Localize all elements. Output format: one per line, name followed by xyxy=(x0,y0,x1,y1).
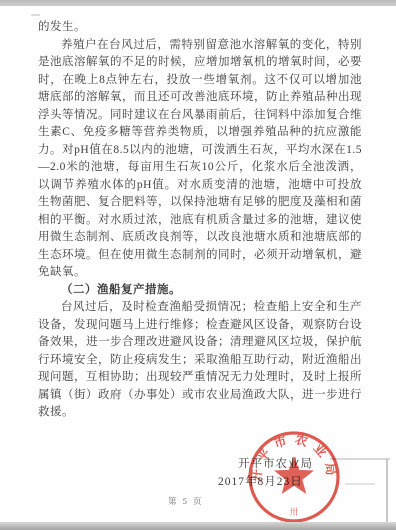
scan-artifact-vertical-line xyxy=(386,459,388,524)
paragraph-continuation: 的发生。 xyxy=(38,19,362,37)
document-body: 的发生。 养殖户在台风过后，需特别留意池水溶解氧的变化，特别是池底溶解氧的不足的… xyxy=(38,19,362,422)
official-seal-stamp: 开平市农业局 卅 xyxy=(247,430,341,524)
scan-edge-top xyxy=(0,0,396,6)
scan-edge-bottom xyxy=(0,522,396,530)
scan-artifact-speck xyxy=(31,14,40,16)
section-heading-fishing-boat-measures: （二）渔船复产措施。 xyxy=(38,282,362,300)
page-number-label: 第 5 页 xyxy=(168,495,204,507)
paragraph-aquaculture-measures: 养殖户在台风过后，需特别留意池水溶解氧的变化，特别是池底溶解氧的不足的时候，应增… xyxy=(38,37,362,282)
paragraph-fishing-boat-measures: 台风过后，及时检查渔船受损情况；检查船上安全和生产设备，发现问题马上进行维修；检… xyxy=(38,299,362,422)
scan-artifact-smudge xyxy=(345,483,375,485)
stamp-star-icon xyxy=(274,456,314,494)
scanned-document-page: 的发生。 养殖户在台风过后，需特别留意池水溶解氧的变化，特别是池底溶解氧的不足的… xyxy=(0,0,396,530)
stamp-bottom-glyph: 卅 xyxy=(289,506,298,517)
